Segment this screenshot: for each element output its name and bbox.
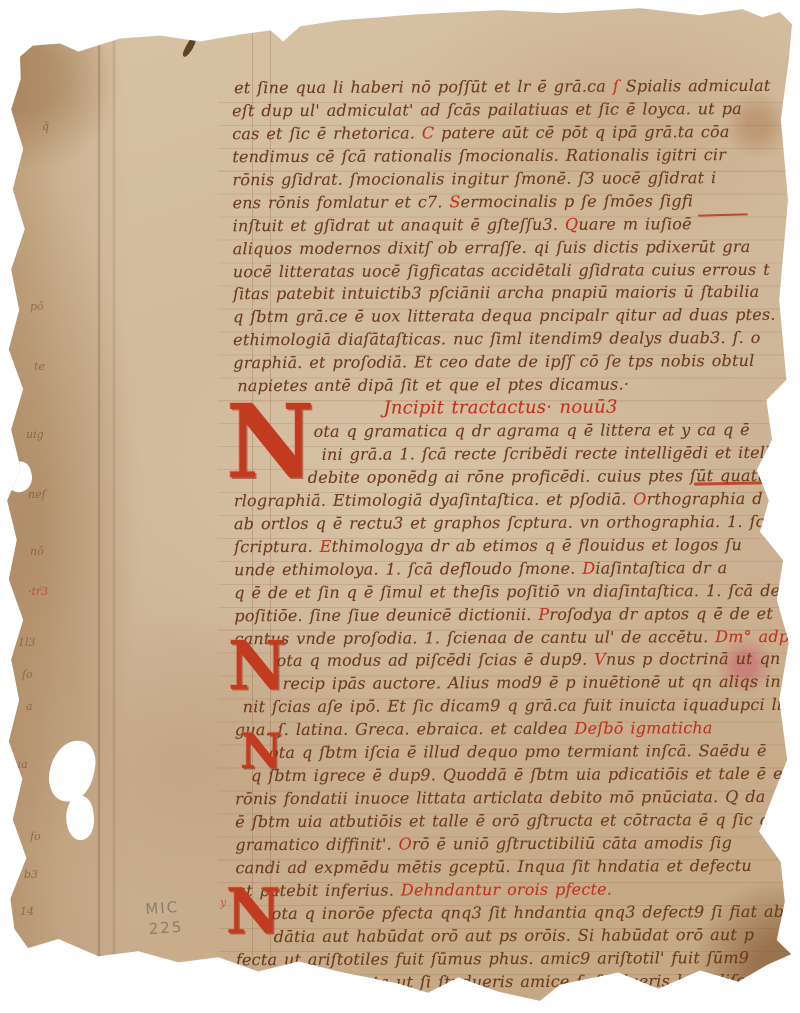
shelfmark-line2: 225 [146,917,184,940]
text-line: ut patebit inferius. Dehndantur orois pf… [236,878,800,903]
text-line: q ſbtm grā.ce ē uox litterata dequa pnci… [233,304,799,329]
text-line: debite oponēdg ai rōne proficēdi. cuius … [234,465,800,490]
ink-text-segment: thimologya dr ab etimos q ē flouidus et … [332,535,742,556]
ink-text-segment: rōnis gſidrat. ſmocionalis ingitur ſmonē… [232,168,716,189]
ink-text-segment: q ſbtm grā.ce ē uox litterata dequa pnci… [233,305,776,326]
ink-text-segment: ethimologiā diaſātaſticas. nuc ſiml iten… [233,328,761,349]
text-line: cas et ſic ē rhetorica. C patere aūt cē … [232,121,798,146]
text-line: ota q gramatica q dr agrama q ē littera … [234,419,800,444]
red-text-segment: V [594,650,606,669]
ink-text-segment: recip ipās auctore. Alius mod9 ē p inuēt… [283,672,781,693]
red-text-segment: Q [565,214,578,233]
text-line: rōnis gſidrat. ſmocionalis ingitur ſmonē… [232,167,798,192]
margin-fragment: a [26,700,33,713]
margin-fragment: b3 [24,868,38,881]
margin-fragment: ·tŕ3 [28,585,48,598]
text-line: fecta ut ariſtotiles fuit ſūmus phus. am… [236,946,800,971]
text-line: aliquos modernos dixitſ ob erraſſe. qi ſ… [233,235,799,260]
ink-text-segment: ini grā.a 1. ſcā recte ſcribēdi recte in… [322,443,790,464]
red-text-segment: Deſbō igmaticha [574,718,712,738]
ink-text-segment: ermocinalis p ſe ſmōes ſigfi [461,191,694,211]
ink-text-segment: candi ad expmēdu mētis gceptū. Inqua ſit… [235,856,752,877]
ink-text-segment: ota q inorōe pfecta qnq3 ſit hndantia qn… [272,902,785,923]
ink-text-segment: roſodya dr aptos q ē de et [549,603,773,623]
ink-stain [181,36,198,59]
ink-text-segment: rōnis fondatii inuoce littata articlata … [235,787,765,808]
ink-text-segment: iaſintaſtica dr a [595,558,727,578]
shelfmark-line1: MIC [145,897,183,920]
text-line: gramatico diffinit'. Orō ē uniō gſtructi… [235,832,800,857]
text-line: nit ſcias aſe ipō. Et ſic dicam9 q grā.c… [235,694,800,719]
rubric-line: Jncipit tractactus· nouū3 [233,396,799,421]
text-line: tendimus cē ſcā rationalis ſmocionalis. … [232,144,798,169]
text-line: recip ipās auctore. Alius mod9 ē p inuēt… [235,671,800,696]
margin-fragment: 1l3 [18,636,36,649]
red-text-segment: O [399,834,412,853]
ink-text-segment: ſitas patebit intuictib3 pſciānii archa … [233,282,759,303]
text-line: ini grā.a 1. ſcā recte ſcribēdi recte in… [234,442,800,467]
text-line: ota q inorōe pfecta qnq3 ſit hndantia qn… [236,901,800,926]
text-line: napietes antē dipā ſit et que el ptes di… [233,373,799,398]
text-line: q ē de et ſin q ē ſimul et theſis poſiti… [234,579,800,604]
margin-fragment: uig [26,428,44,441]
ink-text-segment: et ſine qua li haberi nō poſſūt et lr ē … [234,77,613,98]
text-line: q ſbtm igrece ē dup9. Quoddā ē ſbtm uia … [235,763,800,788]
text-line: phus. aut inpfecta ut ſi ſtudueris amice… [236,969,800,994]
ink-text-segment: gua. ſ. latina. Greca. ebraica. et calde… [235,719,575,739]
red-text-segment: Dehndantur orois pfecte. [401,879,612,899]
margin-fragment: ſo [22,668,33,681]
binding-fold-crease [98,0,100,1013]
text-line: ſitas patebit intuictib3 pſciānii archa … [233,281,799,306]
ink-text-segment: patere aūt cē pōt q ipā grā.ta cōa [441,122,730,142]
red-text-segment: Jncipit tractactus· nouū3 [383,397,617,419]
ink-text-segment: aliquos modernos dixitſ ob erraſſe. qi ſ… [233,237,751,258]
text-line: ota q ſbtm iſcia ē illud dequo pmo termi… [235,740,800,765]
ink-text-segment: ota q gramatica q dr agrama q ē littera … [314,420,750,441]
red-text-segment: S [449,192,460,211]
text-line: uocē litteratas uocē ſigficatas accidēta… [233,258,799,283]
ink-text-segment: uare m iuſioē [578,214,692,233]
ink-text-segment: q ſbtm igrece ē dup9. Quoddā ē ſbtm uia … [251,764,793,785]
red-text-segment: ſ [613,77,626,96]
ink-text-segment: eſt dup ul' admiculat' ad ſcās pailatiua… [232,99,742,120]
text-line: et ſine qua li haberi nō poſſūt et lr ē … [232,75,798,100]
text-line: rōnis fondatii inuoce littata articlata … [235,786,800,811]
text-line: ab ortlos q ē rectu3 et graphos ſcptura.… [234,511,800,536]
margin-fragment: fo [30,830,41,843]
ink-text-segment: nus p doctrinā ut qn a [606,649,797,669]
red-initial-N: N [226,884,281,941]
text-line: ē ſbtm uia atbutiōis et talle ē orō gſtr… [235,809,800,834]
ink-text-segment: fecta ut ariſtotiles fuit ſūmus phus. am… [236,948,749,969]
red-initial-N: N [240,730,282,773]
ink-text-segment: unde ethimoloya. 1. ſcā defloudo ſmone. [234,558,582,579]
red-text-segment: C [422,123,441,142]
red-initial-N: N [228,637,287,697]
ink-text-segment: poſitiōe. ſine ſiue deunicē dictionii. [234,604,538,624]
ink-text-segment: tendimus cē ſcā rationalis ſmocionalis. … [232,145,726,166]
text-line: eſt dup ul' admiculat' ad ſcās pailatiua… [232,98,798,123]
ink-text-segment: ota q ſbtm iſcia ē illud dequo pmo termi… [269,741,767,762]
ink-text-segment: ab ortlos q ē rectu3 et graphos ſcptura.… [234,511,800,533]
red-text-segment: O [633,489,646,508]
text-line: rlographiā. Etimologiā dyaſintaſtica. et… [234,488,800,513]
tear-hole [45,737,99,806]
manuscript-page: q̄pōteuigneſnō·tŕ31l3ſoauafob314t9y et ſ… [0,0,800,1013]
text-line: dātia aut habūdat orō aut ps orōis. Si h… [236,923,800,948]
pencil-shelfmark: MIC 225 [145,897,184,939]
ink-text-segment: ſcriptura. [234,537,320,556]
ink-text-segment: q ē de et ſin q ē ſimul et theſis poſiti… [234,580,795,601]
binding-fold-crease [113,0,115,1013]
red-initial-N: N [226,397,315,489]
ink-text-segment: ota q modus ad piſcēdi ſcias ē dup9. [277,650,595,670]
text-block: et ſine qua li haberi nō poſſūt et lr ē … [232,75,800,995]
ink-text-segment: uocē litteratas uocē ſigficatas accidēta… [233,259,770,280]
ink-text-segment: inſtuit et gſidrat ut anaquit ē gſteſſu3… [233,214,565,234]
ink-text-segment: dātia aut habūdat orō aut ps orōis. Si h… [274,925,755,946]
ink-text-segment: Spialis admiculat [626,76,771,96]
photograph-background: q̄pōteuigneſnō·tŕ31l3ſoauafob314t9y et ſ… [0,0,800,1013]
margin-fragment: nō [30,545,44,558]
text-line: candi ad expmēdu mētis gceptū. Inqua ſit… [235,855,800,880]
ink-text-segment: ens rōnis fomlatur et c7. [233,192,450,212]
ink-text-segment: rō ē uniō gſtructibiliū cāta amodis ſig [412,833,732,853]
ink-text-segment: gramatico diffinit'. [235,834,398,854]
red-text-segment: D [582,558,595,577]
red-text-segment: P [538,604,549,623]
margin-fragment: pō [30,300,44,313]
ink-text-segment: cantus vnde proſodia. 1. ſcienaa de cant… [234,627,715,648]
text-line: poſitiōe. ſine ſiue deunicē dictionii. P… [234,602,800,627]
margin-fragment: ua [14,758,28,771]
margin-fragment: te [34,360,45,373]
margin-fragment: q̄ [42,120,49,133]
red-text-segment: Dm° adpf [715,626,795,645]
red-text-segment: E [320,537,332,556]
margin-fragment: t9 [30,948,41,961]
ink-text-segment: ē ſbtm uia atbutiōis et talle ē orō gſtr… [235,810,769,831]
ink-text-segment: rthographia d [647,489,763,509]
text-line: cantus vnde proſodia. 1. ſcienaa de cant… [234,625,800,650]
margin-fragment: 14 [20,905,34,918]
text-line: ethimologiā diaſātaſticas. nuc ſiml iten… [233,327,799,352]
ink-text-segment: graphiā. et proſodiā. Et ceo date de ipſ… [233,351,754,372]
ink-text-segment: nit ſcias aſe ipō. Et ſic dicam9 q grā.c… [243,695,793,716]
text-line: ens rōnis fomlatur et c7. Sermocinalis p… [233,189,799,214]
ink-text-segment: cas et ſic ē rhetorica. [232,123,422,143]
text-line: gua. ſ. latina. Greca. ebraica. et calde… [235,717,800,742]
text-line: ota q modus ad piſcēdi ſcias ē dup9. Vnu… [235,648,800,673]
ink-text-segment: phus. aut inpfecta ut ſi ſtudueris amice… [236,970,763,991]
text-line: graphiā. et proſodiā. Et ceo date de ipſ… [233,350,799,375]
text-line: ſcriptura. Ethimologya dr ab etimos q ē … [234,534,800,559]
text-line: unde ethimoloya. 1. ſcā defloudo ſmone. … [234,556,800,581]
margin-fragment: neſ [28,488,46,501]
